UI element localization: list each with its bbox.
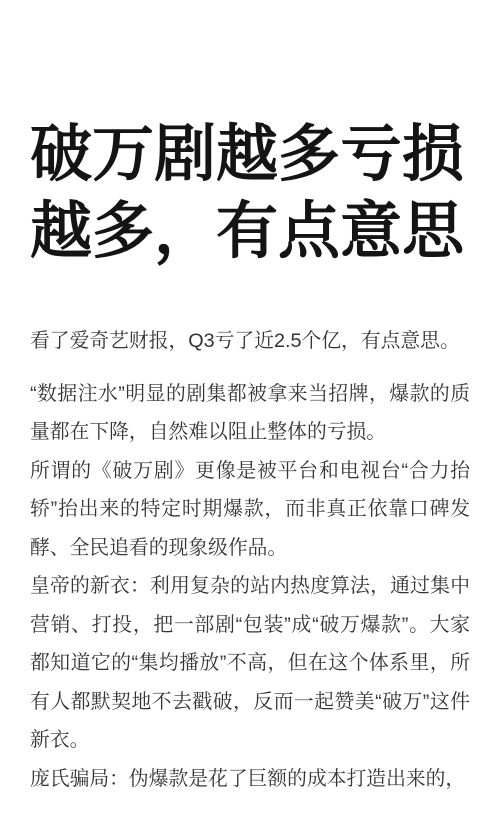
article-paragraph: 所谓的《破万剧》更像是被平台和电视台“合力抬轿”抬出来的特定时期爆款，而非真正依… [30, 452, 470, 568]
article-paragraph: 庞氏骗局：伪爆款是花了巨额的成本打造出来的， [30, 760, 470, 799]
article-paragraph: 皇帝的新衣：利用复杂的站内热度算法，通过集中营销、打投，把一部剧“包装”成“破万… [30, 567, 470, 760]
article-paragraph: “数据注水”明显的剧集都被拿来当招牌，爆款的质量都在下降，自然难以阻止整体的亏损… [30, 375, 470, 452]
article-body: 看了爱奇艺财报，Q3亏了近2.5个亿，有点意思。“数据注水”明显的剧集都被拿来当… [30, 322, 470, 798]
article-page: 破万剧越多亏损越多，有点意思 看了爱奇艺财报，Q3亏了近2.5个亿，有点意思。“… [0, 0, 500, 833]
article-paragraph: 看了爱奇艺财报，Q3亏了近2.5个亿，有点意思。 [30, 322, 470, 361]
page-title: 破万剧越多亏损越多，有点意思 [30, 0, 470, 270]
